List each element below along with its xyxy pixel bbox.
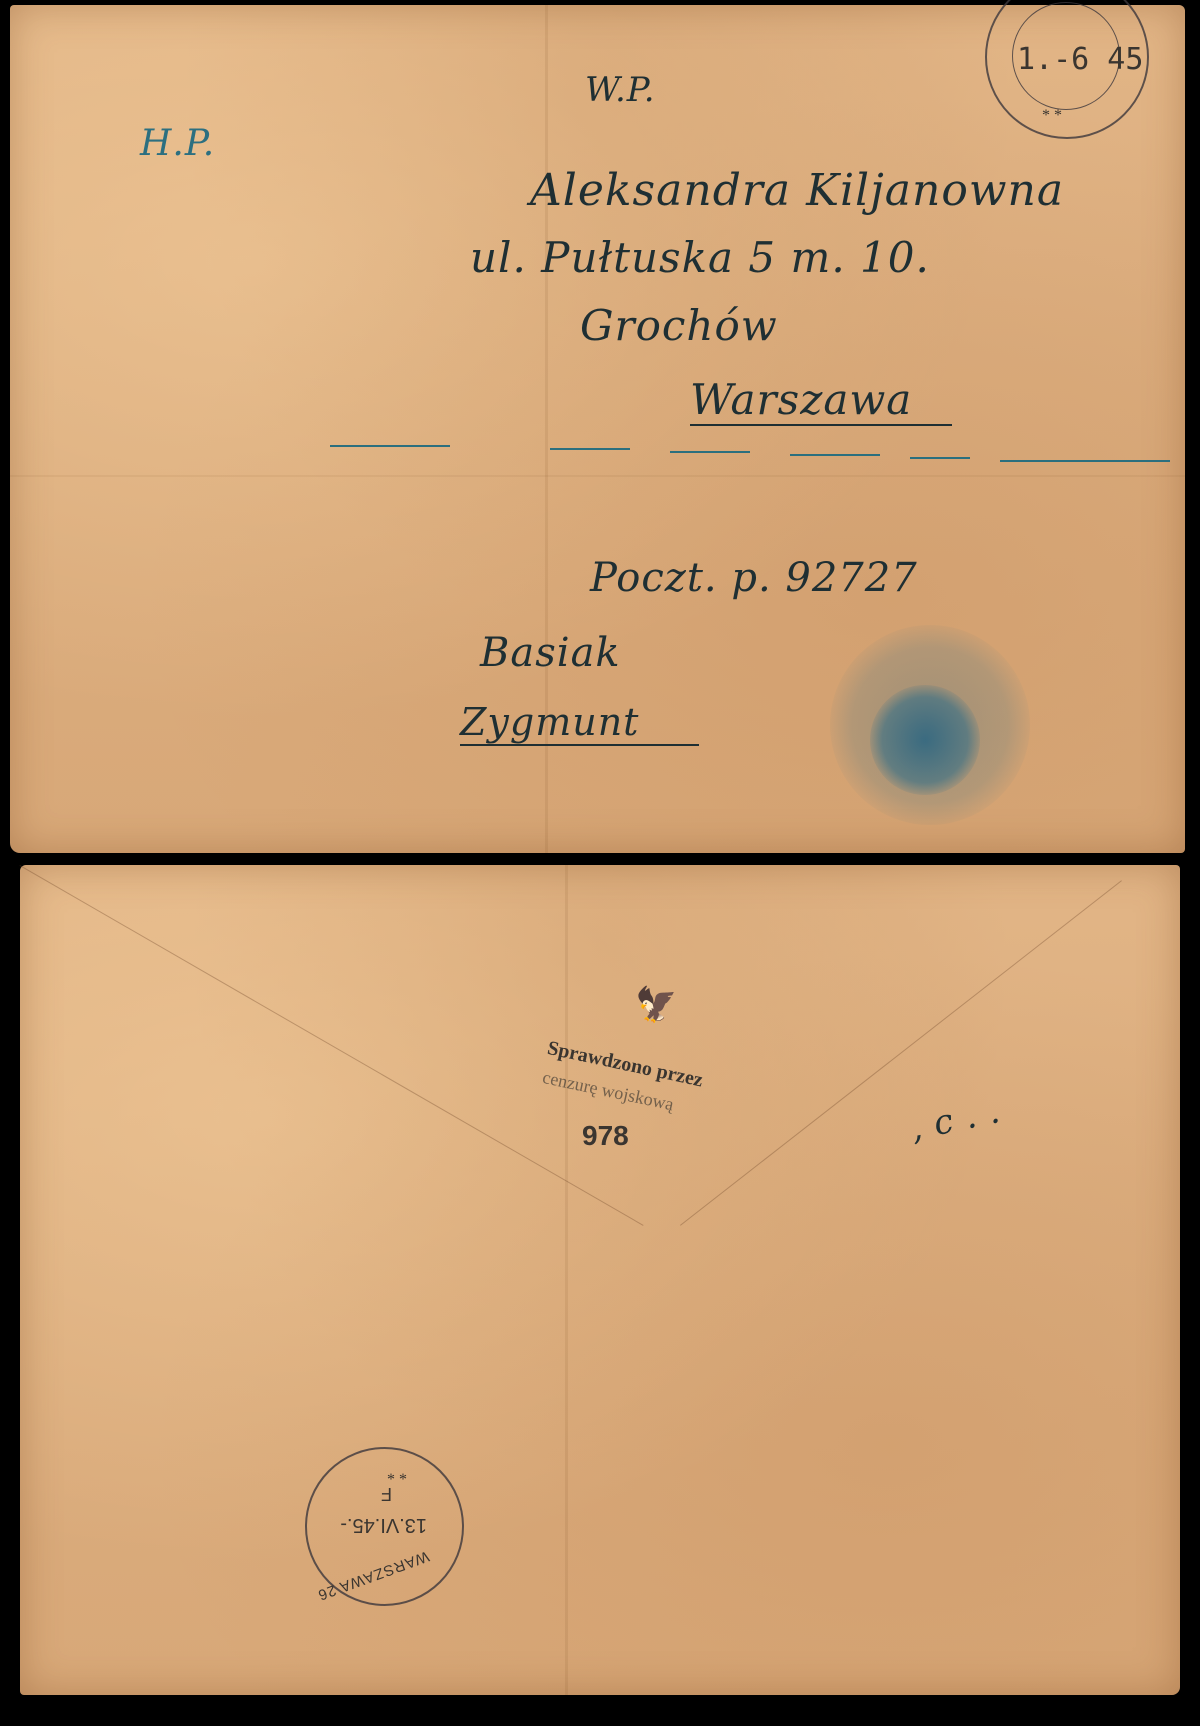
postmark-stars: * * bbox=[387, 1464, 407, 1482]
recipient-street: ul. Pułtuska 5 m. 10. bbox=[470, 233, 930, 282]
postmark-date: 13.VI.45.- bbox=[340, 1513, 427, 1536]
sender-surname: Basiak bbox=[480, 630, 621, 676]
censor-number: 978 bbox=[582, 1120, 629, 1152]
postmark-date: 1.-6 45 bbox=[1017, 42, 1143, 77]
dash-divider bbox=[670, 451, 750, 453]
sender-field-post: Poczt. p. 92727 bbox=[590, 555, 918, 601]
recipient-name: Aleksandra Kiljanowna bbox=[530, 165, 1064, 216]
handwritten-marks: , c . . bbox=[907, 1091, 1004, 1149]
postmark-back: WARSZAWA 26 13.VI.45.- F * * bbox=[305, 1447, 464, 1606]
sender-first-name: Zygmunt bbox=[460, 700, 699, 746]
notation-blue: H.P. bbox=[140, 123, 215, 164]
fold-crease bbox=[10, 475, 1185, 477]
recipient-district: Grochów bbox=[580, 301, 778, 350]
ink-stain bbox=[830, 625, 1030, 825]
dash-divider bbox=[550, 448, 630, 450]
dash-divider bbox=[330, 445, 450, 447]
recipient-city: Warszawa bbox=[690, 375, 952, 426]
envelope-back: 🦅 Sprawdzono przez cenzurę wojskową 978 … bbox=[20, 865, 1180, 1695]
dash-divider bbox=[790, 454, 880, 456]
censor-stamp: 🦅 Sprawdzono przez cenzurę wojskową 978 bbox=[530, 985, 760, 1165]
postmark-front: 1.-6 45 * * bbox=[985, 0, 1149, 139]
postmark-stars: * * bbox=[1042, 107, 1062, 125]
polish-eagle-icon: 🦅 bbox=[635, 985, 677, 1025]
envelope-front: 1.-6 45 * * H.P. W.P. Aleksandra Kiljano… bbox=[10, 5, 1185, 853]
postmark-letter: F bbox=[381, 1483, 392, 1504]
dash-divider bbox=[910, 457, 970, 459]
postmark-city: WARSZAWA 26 bbox=[315, 1547, 431, 1603]
notation-top: W.P. bbox=[585, 70, 656, 110]
dash-divider bbox=[1000, 460, 1170, 462]
